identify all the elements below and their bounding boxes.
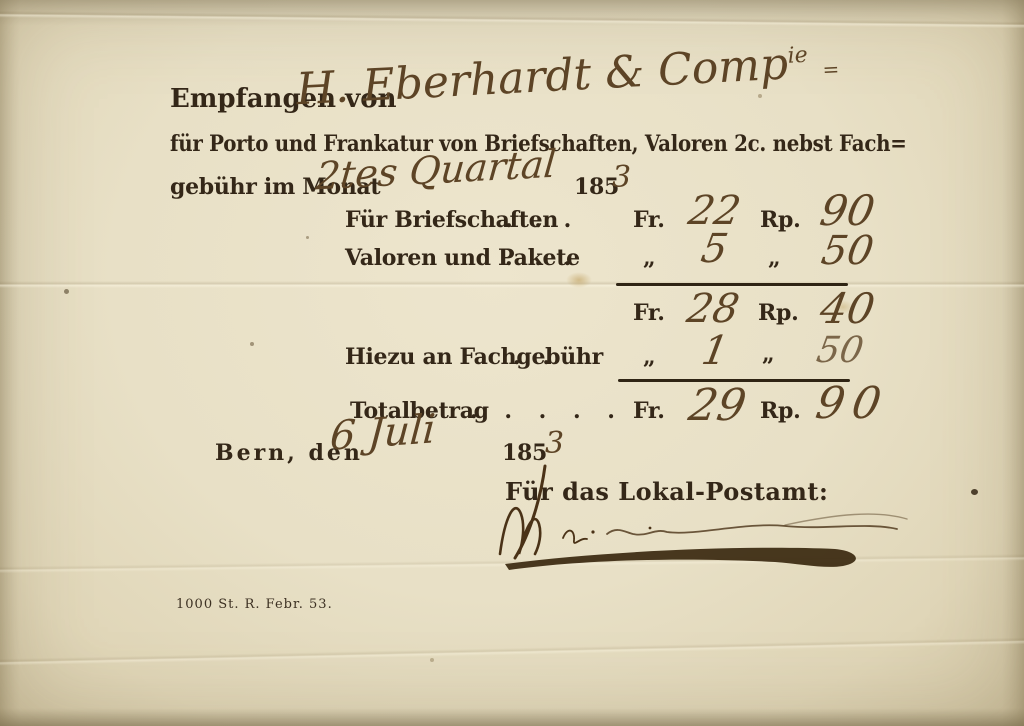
amount-francs: 5 (668, 226, 761, 272)
paper-edge-shadow (0, 0, 20, 726)
paper-speck (758, 94, 762, 98)
rappen-label: Rp. (758, 300, 798, 326)
row-label: Hiezu an Fachgebühr (345, 344, 603, 370)
header-year-digit: 3 (612, 160, 631, 195)
currency-label: Fr. (633, 300, 665, 326)
leader-dots: . . . (505, 207, 571, 233)
document-scan: Empfangen von H. Eberhardt & Compie = fü… (0, 0, 1024, 726)
fold-crease (0, 637, 1024, 666)
ditto-mark: „ (643, 344, 655, 370)
leader-dots: . . (513, 344, 550, 370)
payer-flourish: = (822, 57, 840, 82)
payer-name-handwritten: H. Eberhardt & Compie = (295, 36, 840, 115)
fee-francs: 1 (671, 328, 759, 374)
paper-edge-shadow (1002, 0, 1024, 726)
rappen-label: Rp. (760, 207, 800, 233)
payer-superscript: ie (787, 43, 808, 69)
amount-rappen: 50 (801, 228, 894, 274)
paper-speck (64, 289, 69, 294)
total-rappen: 90 (796, 378, 910, 429)
subtotal-francs: 28 (664, 286, 762, 332)
payer-name-text: H. Eberhardt & Comp (295, 38, 789, 115)
ditto-mark: „ (768, 245, 780, 271)
leader-dots: . . . . . (470, 398, 615, 424)
currency-label: Fr. (633, 207, 665, 233)
ink-blot (971, 489, 978, 495)
fee-rappen: 50 (791, 330, 888, 371)
leader-dots: . . . (505, 245, 571, 271)
paper-edge-shadow (0, 708, 1024, 726)
subtotal-rappen: 40 (796, 284, 900, 333)
paper-speck (430, 658, 434, 662)
date-handwritten: 6 Juli (329, 406, 438, 460)
ditto-mark: „ (762, 341, 774, 367)
paper-stain (566, 272, 592, 288)
signature-ink (445, 462, 925, 580)
paper-speck (306, 236, 309, 239)
rappen-label: Rp. (760, 398, 800, 424)
footer-year-digit: 3 (545, 426, 564, 461)
printer-imprint: 1000 St. R. Febr. 53. (176, 597, 333, 612)
ditto-mark: „ (643, 245, 655, 271)
paper-speck (250, 342, 254, 346)
currency-label: Fr. (633, 398, 665, 424)
total-francs: 29 (666, 380, 770, 431)
